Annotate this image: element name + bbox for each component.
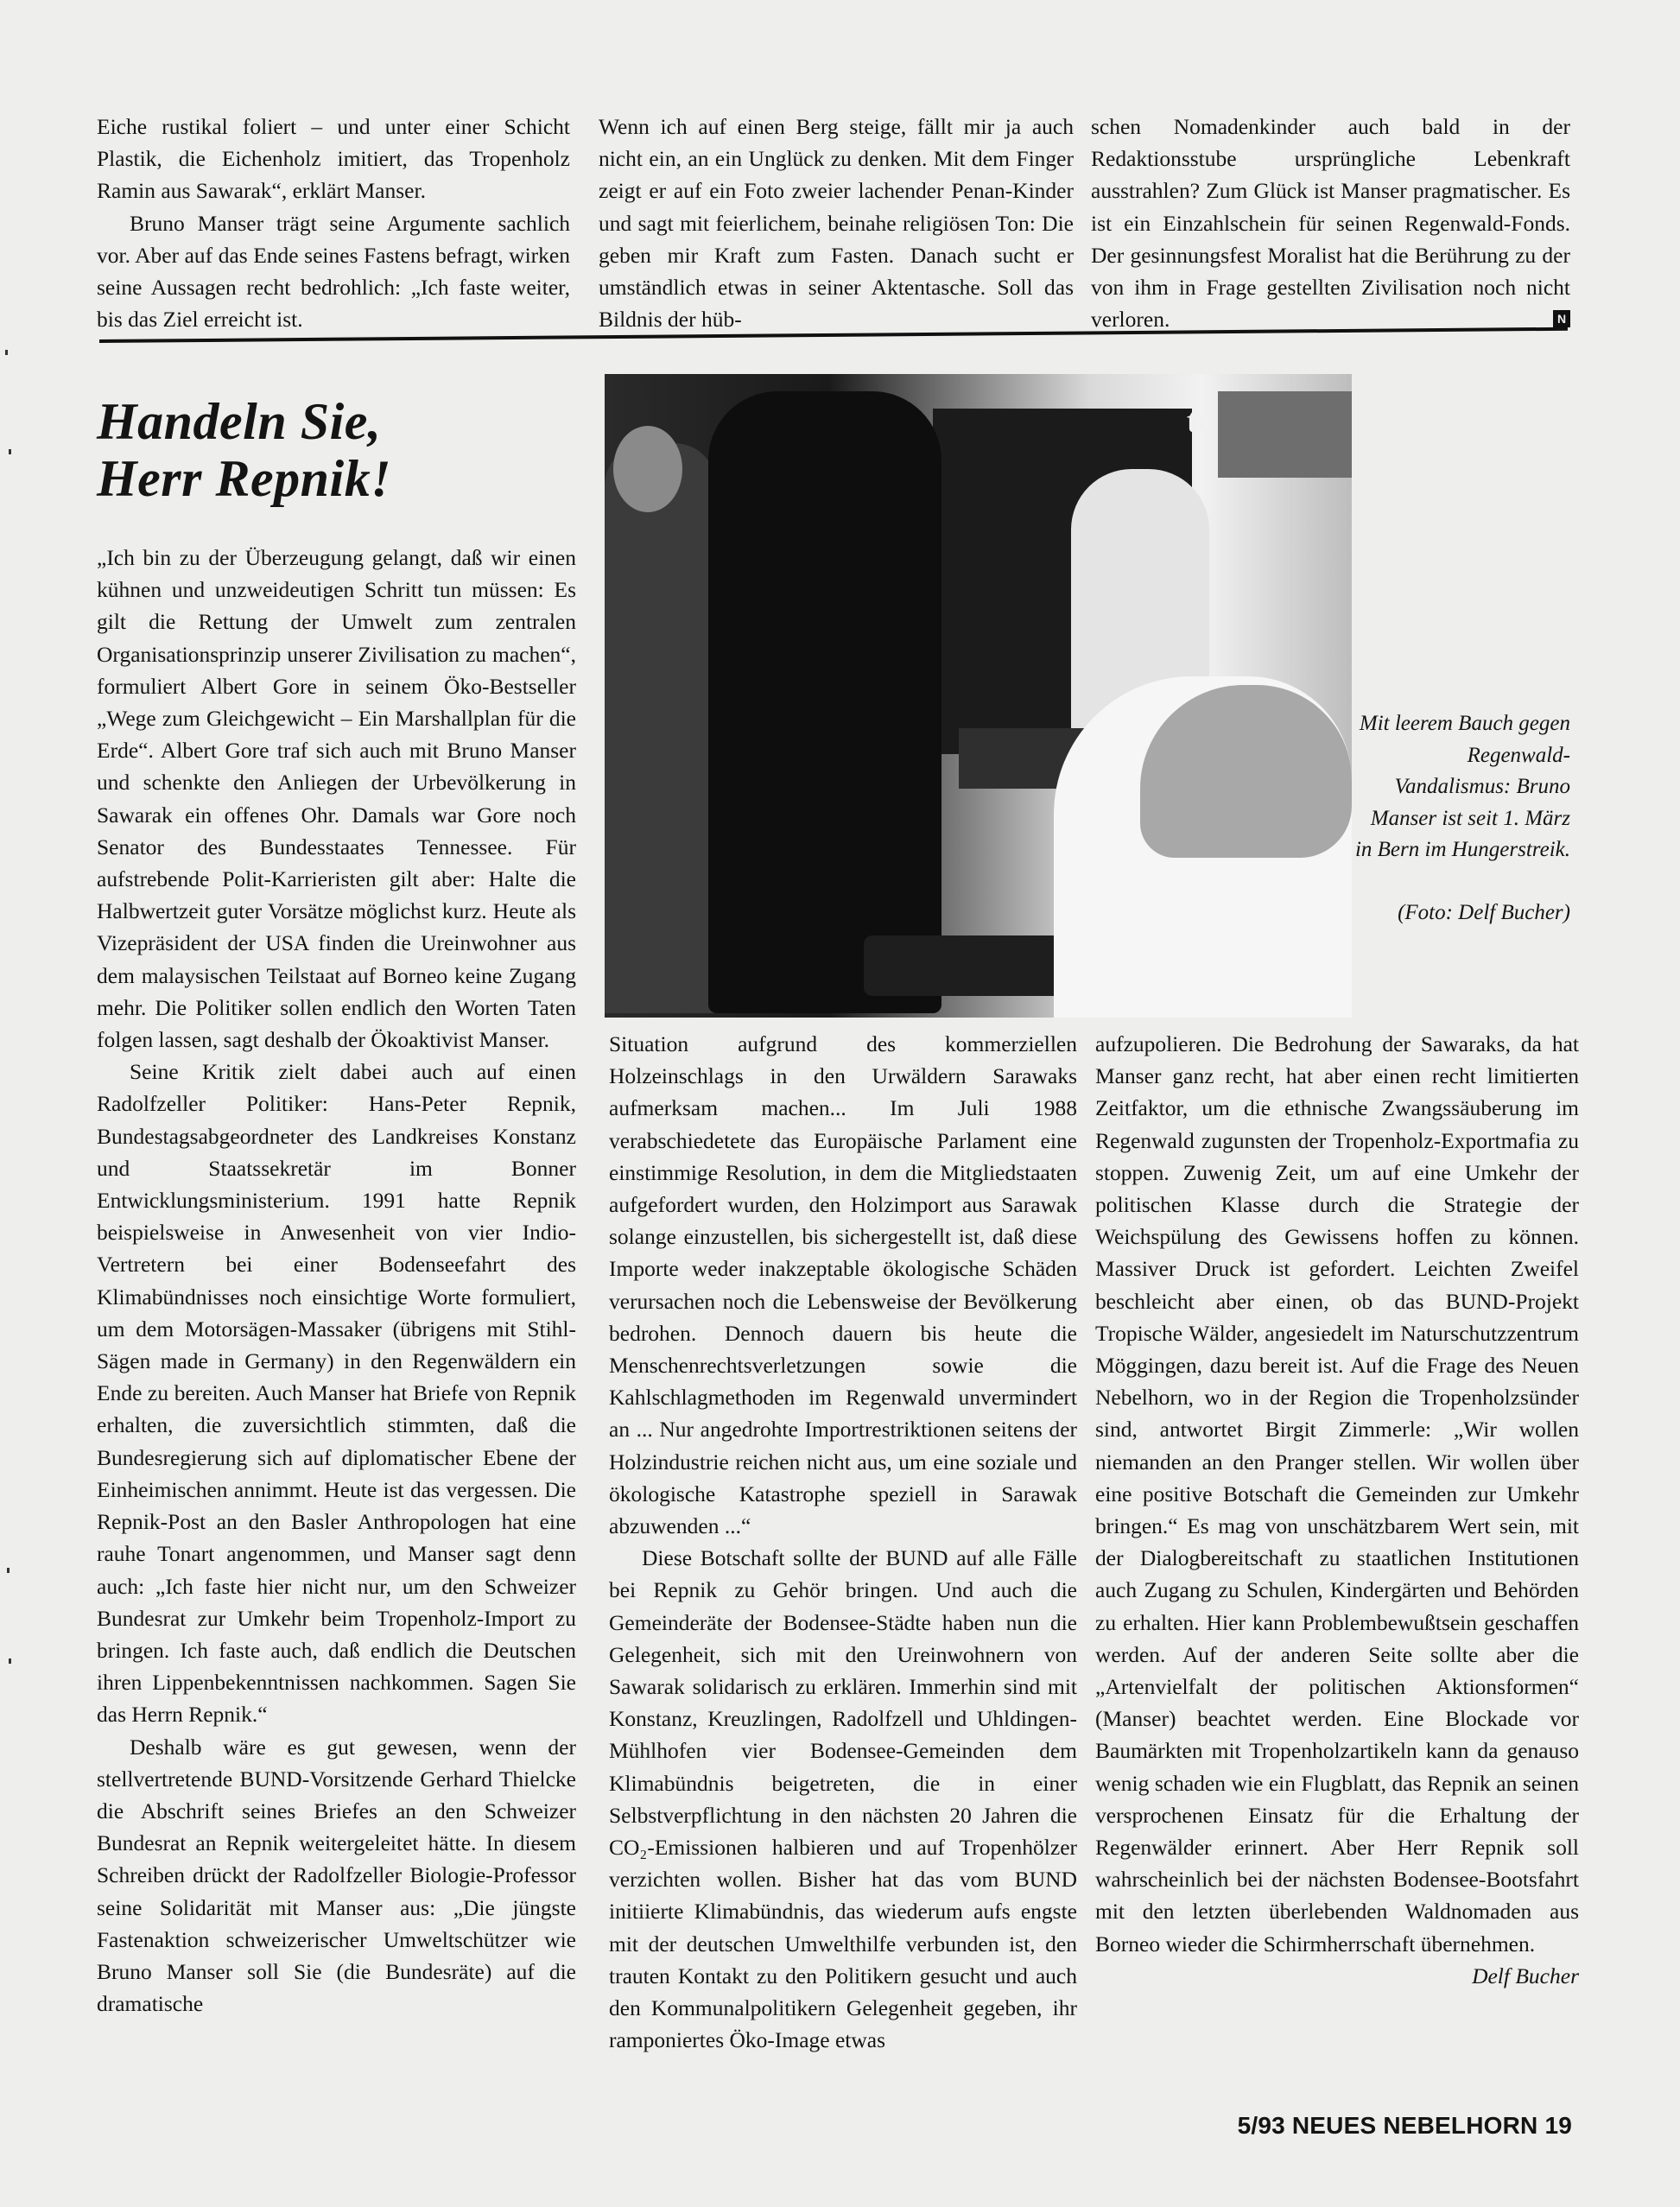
scan-speck <box>9 449 11 454</box>
photo-sign <box>1218 391 1352 478</box>
photo-adult-figure <box>708 391 941 1013</box>
publication-name: NEUES NEBELHORN <box>1292 2112 1538 2139</box>
scan-speck <box>9 1658 11 1664</box>
photo-sign-text: te <box>1187 400 1214 441</box>
paragraph: Deshalb wäre es gut gewesen, wenn der st… <box>97 1731 576 2020</box>
issue-number: 5/93 <box>1238 2112 1285 2139</box>
photo-child-left <box>605 443 717 1013</box>
paragraph: aufzupolieren. Die Bedrohung der Sawarak… <box>1095 1028 1579 1960</box>
page-number: 19 <box>1544 2112 1572 2139</box>
headline-line-1: Handeln Sie, <box>97 393 381 450</box>
paragraph-text: aufzupolieren. Die Bedrohung der Sawarak… <box>1095 1031 1579 1956</box>
top-column-2: Wenn ich auf einen Berg steige, fällt mi… <box>599 111 1074 335</box>
paragraph: Diese Botschaft sollte der BUND auf alle… <box>609 1542 1077 2056</box>
page-footer: 5/93 NEUES NEBELHORN 19 <box>1183 2112 1572 2140</box>
top-column-1: Eiche rustikal foliert – und unter einer… <box>97 111 570 335</box>
headline-line-2: Herr Repnik! <box>97 450 391 507</box>
article-column-1: „Ich bin zu der Überzeugung gelangt, daß… <box>97 542 576 2020</box>
photo-credit: (Foto: Delf Bucher) <box>1354 897 1570 929</box>
magazine-page: Eiche rustikal foliert – und unter einer… <box>0 0 1680 2207</box>
scan-speck <box>7 1568 10 1573</box>
photo-caption: Mit leerem Bauch gegen Regenwald-Vandali… <box>1354 708 1570 929</box>
author-byline: Delf Bucher <box>1472 1960 1579 1992</box>
article-column-2: Situation aufgrund des kommerziellen Hol… <box>609 1028 1077 2057</box>
paragraph: Situation aufgrund des kommerziellen Hol… <box>609 1028 1077 1542</box>
article-column-3: aufzupolieren. Die Bedrohung der Sawarak… <box>1095 1028 1579 1992</box>
photo-child-head <box>613 426 682 512</box>
article-headline: Handeln Sie, Herr Repnik! <box>97 393 580 507</box>
top-column-3: schen Nomadenkinder auch bald in der Red… <box>1091 111 1570 335</box>
scan-speck <box>5 350 8 355</box>
paragraph: schen Nomadenkinder auch bald in der Red… <box>1091 111 1570 335</box>
paragraph-text: schen Nomadenkinder auch bald in der Red… <box>1091 114 1570 332</box>
paragraph: Wenn ich auf einen Berg steige, fällt mi… <box>599 111 1074 335</box>
end-of-article-icon: N <box>1553 310 1570 327</box>
paragraph: Eiche rustikal foliert – und unter einer… <box>97 111 570 207</box>
paragraph: Seine Kritik zielt dabei auch auf einen … <box>97 1056 576 1730</box>
paragraph: Bruno Manser trägt seine Argumente sachl… <box>97 207 570 336</box>
caption-text: Mit leerem Bauch gegen Regenwald-Vandali… <box>1354 708 1570 866</box>
article-photo: te <box>605 374 1352 1018</box>
paragraph: „Ich bin zu der Überzeugung gelangt, daß… <box>97 542 576 1056</box>
